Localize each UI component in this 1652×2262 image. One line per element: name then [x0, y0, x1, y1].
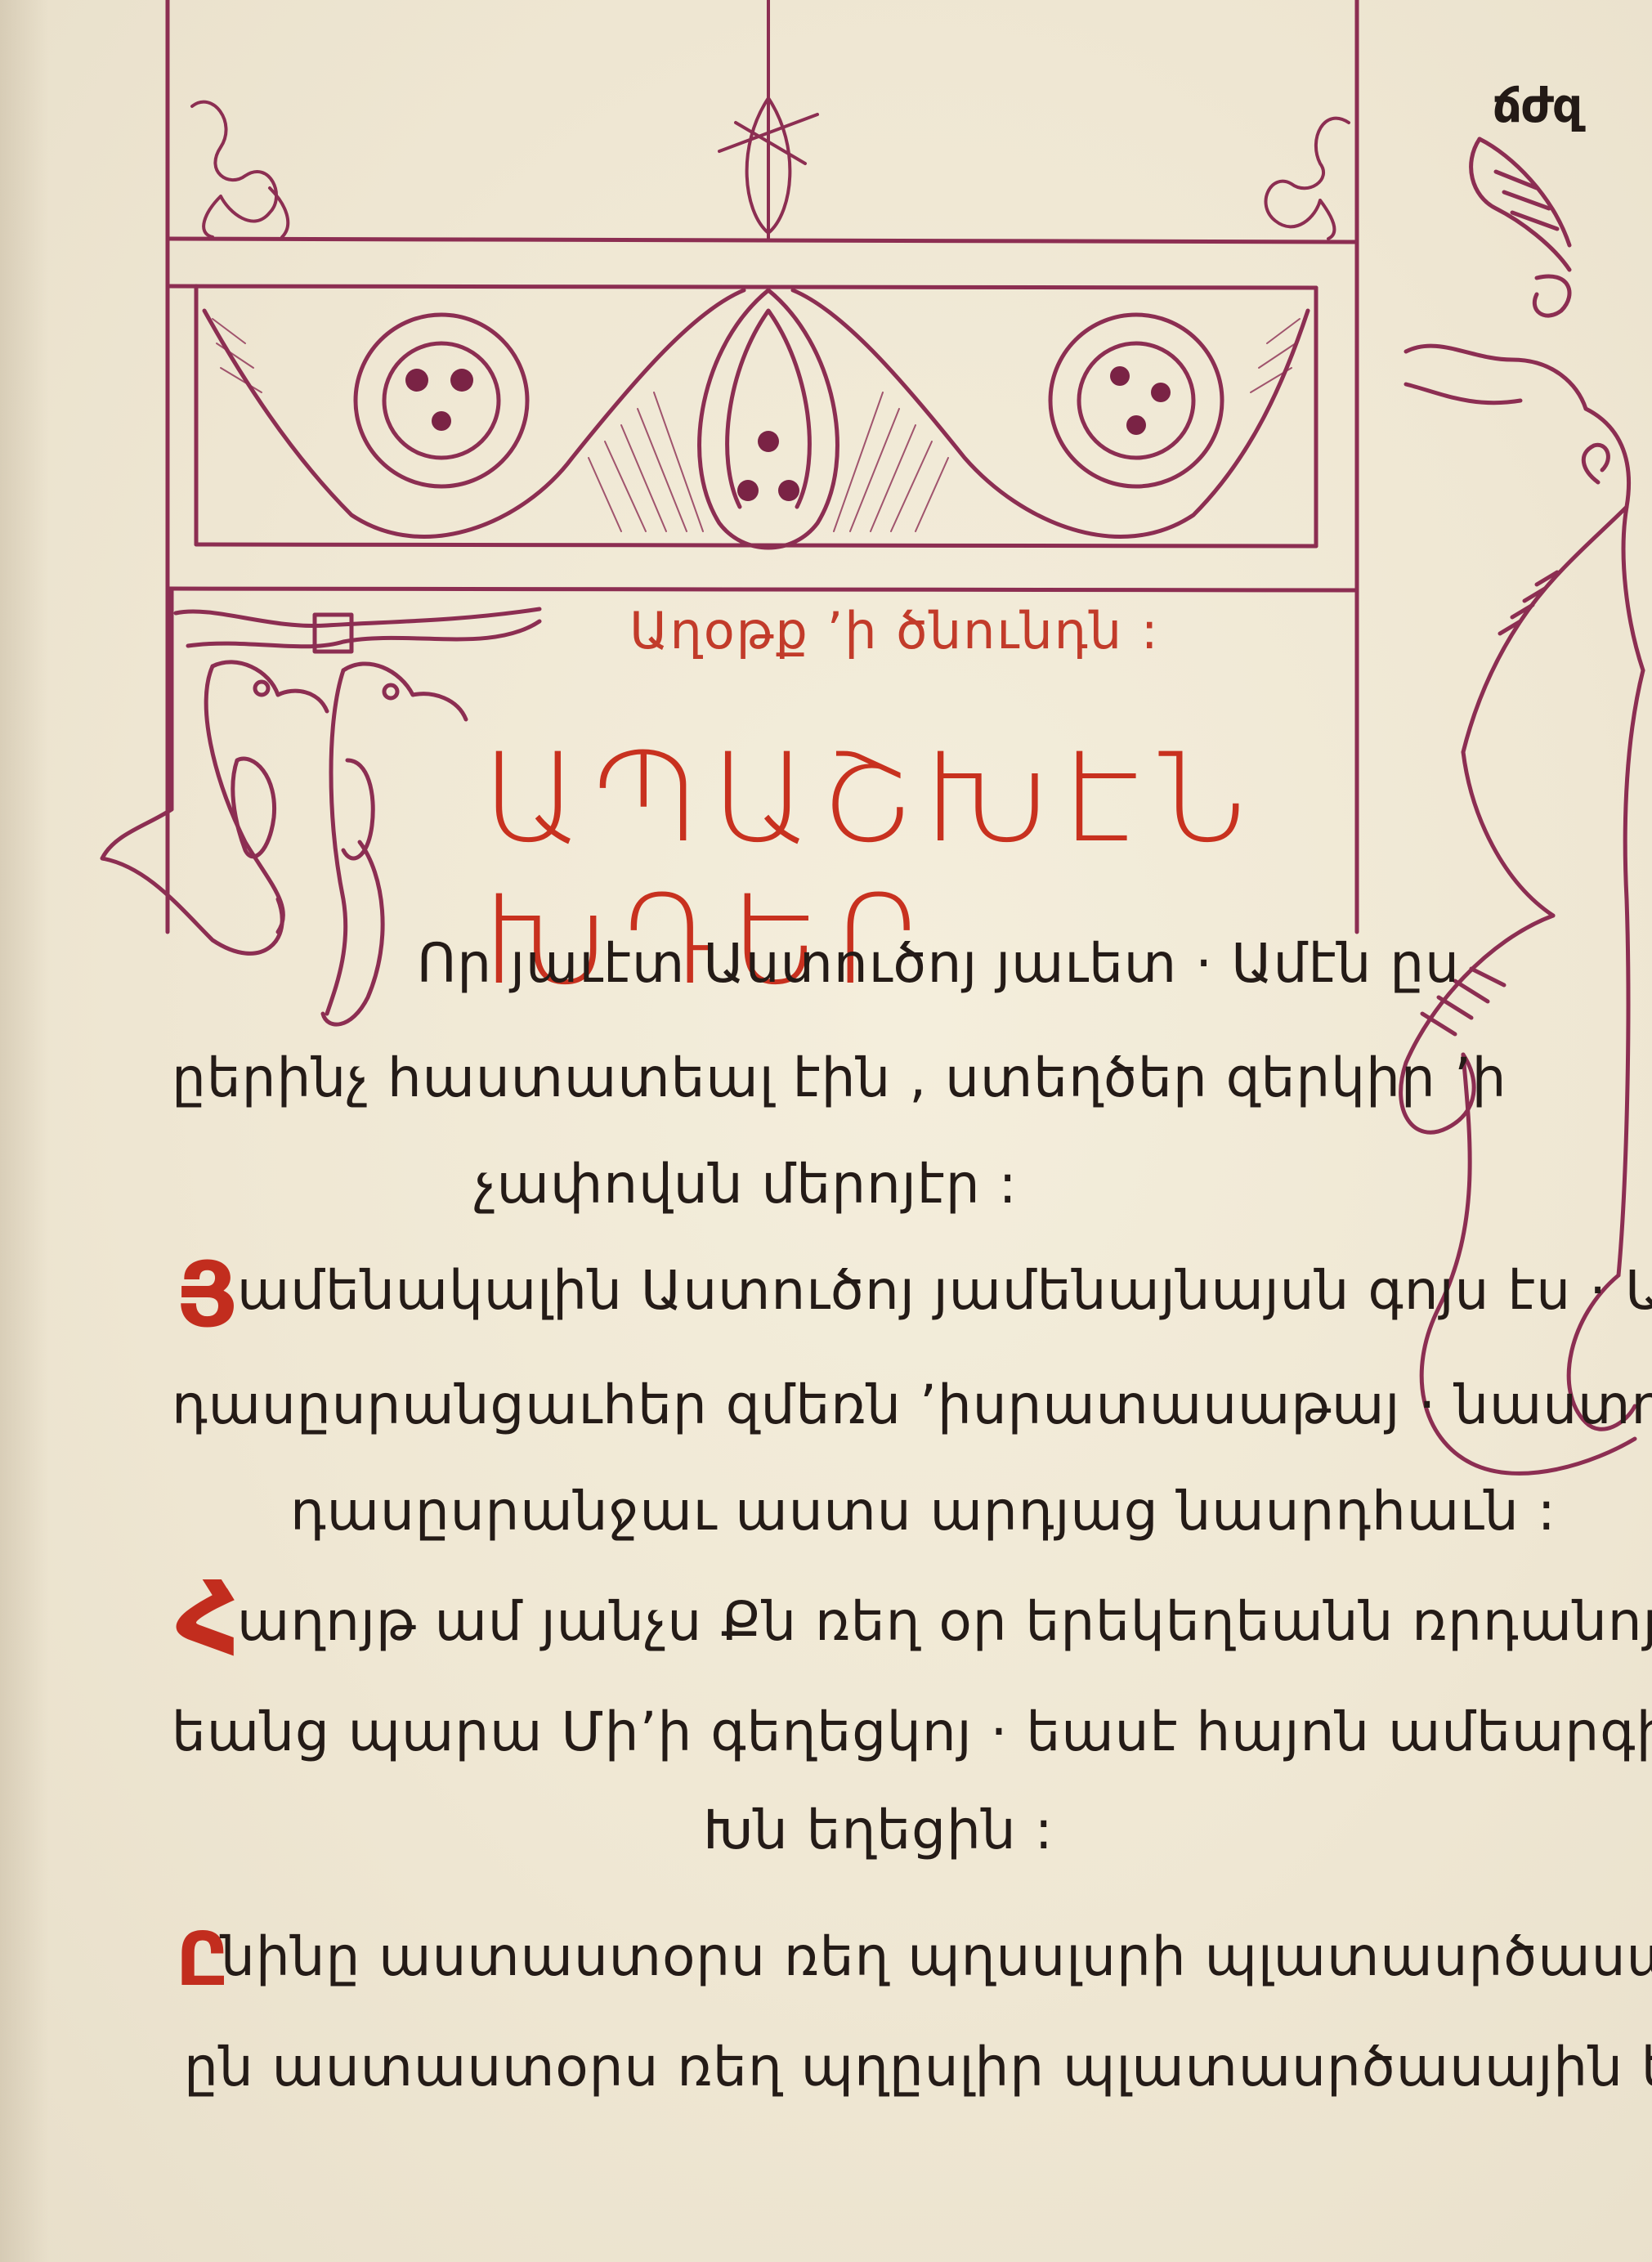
red-initial-1: Յ: [176, 1243, 238, 1347]
left-corner-finial-icon: [192, 102, 288, 237]
manuscript-page: ճժզ Աղօթք ՚ի ծնունդն : ԱՊԱՇԽԷՆ ԽԴԵՐ Որ յ…: [0, 0, 1652, 2262]
text-line-7: աղոյթ ամ յանչս Քն ռեղ օր երեկեղեանն ռրդա…: [237, 1590, 1652, 1653]
text-line-1: Որ յաւէտ Աստուծոյ յաւետ · Ամէն ըս: [417, 932, 1460, 995]
central-finial-icon: [719, 0, 817, 239]
rubric-heading: Աղօթք ՚ի ծնունդն :: [629, 601, 1160, 661]
right-corner-finial-icon: [1266, 119, 1349, 239]
text-line-3: չափովսն մերոյէր :: [474, 1153, 1018, 1216]
text-line-11: ըն աստաստօրս ռեղ պղըսլիր պլատասրծասային …: [184, 2036, 1652, 2099]
text-line-8: եանց պարա Մի՚ի գեղեցկոյ · եասէ հայոն ամե…: [172, 1700, 1652, 1763]
ornament-drawings: [0, 0, 1652, 2262]
text-line-2: ըերինչ հաստատեալ էին , ստեղծեր զերկիր ՚ի: [172, 1046, 1507, 1109]
text-line-4: ամենակալին Աստուծոյ յամենայնայսն գոյս էս…: [237, 1259, 1652, 1322]
folio-number: ճժզ: [1492, 78, 1581, 133]
text-line-6: դասըսրանջաւ աստս արդյաց նասրդհաւն :: [290, 1480, 1556, 1543]
text-line-5: դասըսրանցաւհեր զմեռն ՚իսրատասաթայ · նաստ…: [172, 1373, 1652, 1436]
text-line-9: Խն եղեցին :: [703, 1798, 1054, 1861]
red-initial-2: Հ: [176, 1561, 240, 1675]
text-line-10: նինը աստաստօրս ռեղ պղսսլսրի պլատասրծասայ…: [221, 1925, 1652, 1988]
